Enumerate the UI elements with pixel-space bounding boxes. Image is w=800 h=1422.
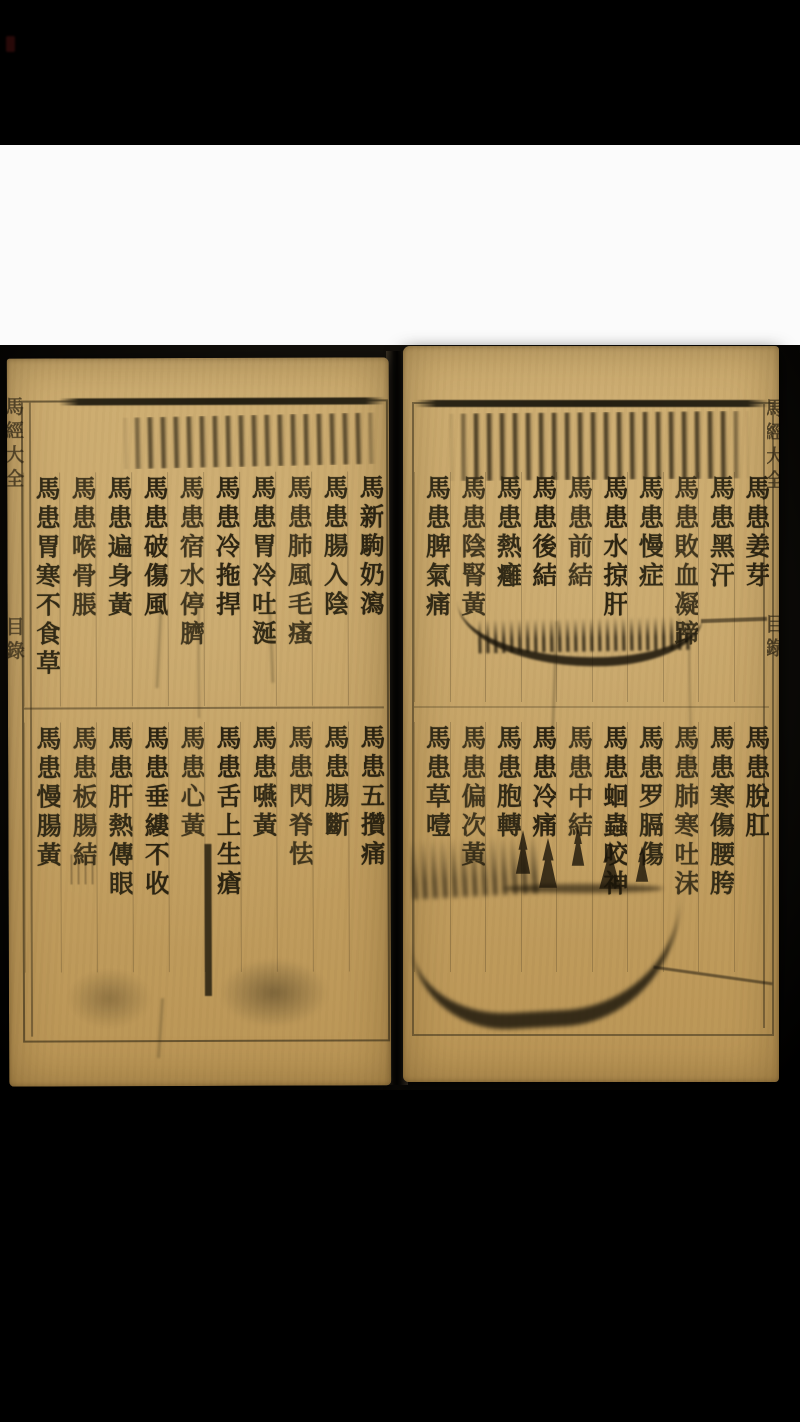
ink-drip bbox=[204, 844, 212, 996]
left-page-top-rule bbox=[59, 397, 385, 405]
left-page: 馬新駒奶瀉馬患腸入陰馬患肺風毛瘙馬患胃冷吐涎馬患冷拖捍馬患宿水停臍馬患破傷風馬患… bbox=[7, 357, 392, 1086]
ink-smudge-title-band bbox=[122, 412, 381, 469]
white-band bbox=[0, 145, 800, 345]
toc-entry: 馬患前結 bbox=[556, 472, 592, 702]
right-page-top-rule bbox=[415, 400, 769, 407]
toc-entry: 馬患寒傷腰胯 bbox=[698, 722, 734, 972]
ink-stain bbox=[219, 958, 329, 1028]
ink-streak bbox=[198, 608, 200, 718]
toc-entry: 馬患破傷風 bbox=[131, 472, 168, 706]
toc-entry: 馬患後結 bbox=[521, 472, 557, 702]
toc-entry: 馬患腸斷 bbox=[312, 721, 349, 971]
spine-label-book-title: 馬經大全 bbox=[7, 397, 27, 527]
toc-entry: 馬患胃寒不食草 bbox=[23, 472, 60, 706]
toc-entry: 馬患冷拖捍 bbox=[203, 472, 240, 706]
toc-entry: 馬患熱癰 bbox=[485, 472, 521, 702]
ink-smudge-small bbox=[70, 854, 96, 884]
scanned-book-viewer: 馬新駒奶瀉馬患腸入陰馬患肺風毛瘙馬患胃冷吐涎馬患冷拖捍馬患宿水停臍馬患破傷風馬患… bbox=[0, 0, 800, 1422]
toc-entry: 馬新駒奶瀉 bbox=[347, 471, 384, 705]
toc-entry: 馬患肝熱傳眼 bbox=[96, 722, 133, 972]
toc-entry: 馬患肺風毛瘙 bbox=[275, 472, 312, 706]
toc-entry: 馬患陰腎黃 bbox=[450, 472, 486, 702]
toc-entry: 馬患脾氣痛 bbox=[414, 472, 450, 702]
toc-entry: 馬患黑汗 bbox=[698, 472, 734, 702]
toc-entry: 馬患腸入陰 bbox=[311, 471, 348, 705]
right-page-row-divider bbox=[414, 706, 769, 708]
toc-entry: 馬患慢腸黃 bbox=[24, 722, 61, 972]
spine-label-section: 目錄 bbox=[8, 617, 28, 687]
toc-entry: 馬患遍身黃 bbox=[95, 472, 132, 706]
right-page: 馬患姜芽馬患黑汗馬患敗血凝蹄馬患慢症馬患水掠肝馬患前結馬患後結馬患熱癰馬患陰腎黃… bbox=[403, 346, 779, 1082]
spine-label-section: 目錄 bbox=[767, 614, 779, 684]
book-scan: 馬新駒奶瀉馬患腸入陰馬患肺風毛瘙馬患胃冷吐涎馬患冷拖捍馬患宿水停臍馬患破傷風馬患… bbox=[0, 345, 800, 1090]
toc-entry: 馬患五攢痛 bbox=[348, 721, 385, 971]
toc-entry: 馬患板腸結 bbox=[60, 722, 97, 972]
toc-entry: 馬患脫肛 bbox=[734, 722, 770, 972]
toc-entry: 馬患心黃 bbox=[168, 722, 205, 972]
toc-entry: 馬患閃脊怯 bbox=[276, 722, 313, 972]
toc-entry: 馬患慢症 bbox=[627, 472, 663, 702]
toc-entry: 馬患姜芽 bbox=[734, 472, 770, 702]
toc-entry: 馬患垂縷不收 bbox=[132, 722, 169, 972]
toc-entry: 馬患水掠肝 bbox=[592, 472, 628, 702]
scanner-red-mark bbox=[6, 36, 15, 52]
ink-smudge-title-band bbox=[448, 411, 751, 482]
ink-stain bbox=[67, 968, 152, 1028]
toc-entry: 馬患嚥黃 bbox=[240, 722, 277, 972]
spine-label-book-title: 馬經大全 bbox=[767, 398, 779, 528]
right-page-row-top: 馬患姜芽馬患黑汗馬患敗血凝蹄馬患慢症馬患水掠肝馬患前結馬患後結馬患熱癰馬患陰腎黃… bbox=[414, 472, 769, 702]
left-page-row-top: 馬新駒奶瀉馬患腸入陰馬患肺風毛瘙馬患胃冷吐涎馬患冷拖捍馬患宿水停臍馬患破傷風馬患… bbox=[23, 471, 384, 706]
toc-entry: 馬患喉骨脹 bbox=[59, 472, 96, 706]
toc-entry: 馬患敗血凝蹄 bbox=[663, 472, 699, 702]
